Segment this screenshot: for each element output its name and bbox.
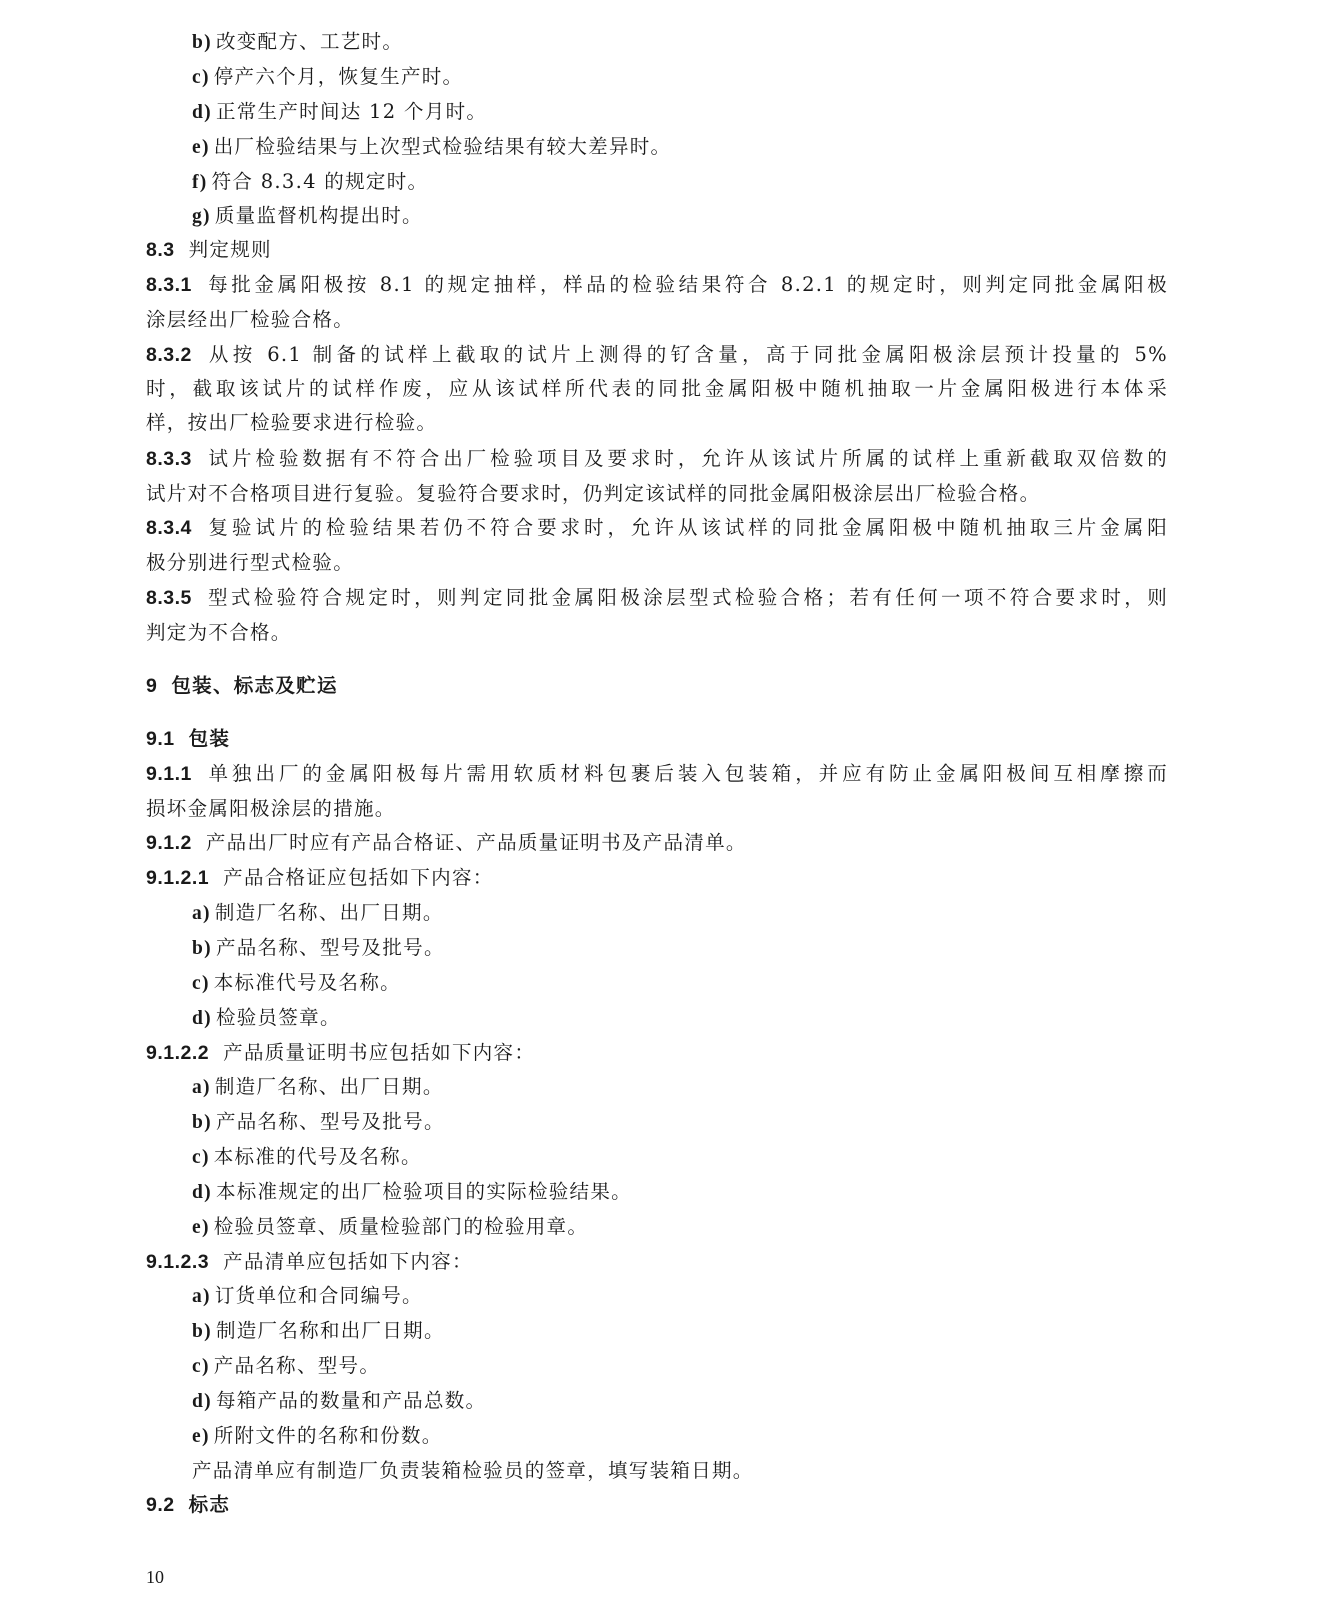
note-text: 产品清单应有制造厂负责装箱检验员的签章，填写装箱日期。 — [192, 1459, 1242, 1483]
item-label: c) — [192, 1356, 210, 1377]
clause-text: 产品合格证应包括如下内容： — [223, 866, 493, 889]
clause-9-1-1-cont: 损坏金属阳极涂层的措施。 — [146, 797, 1196, 821]
item-text: 制造厂名称和出厂日期。 — [216, 1319, 445, 1342]
clause-text: 复验试片的检验结果若仍不符合要求时，允许从该试样的同批金属阳极中随机抽取三片金属… — [206, 516, 1168, 539]
list-item: a)订货单位和合同编号。 — [192, 1284, 1242, 1309]
clause-8-3-5-cont: 判定为不合格。 — [146, 621, 1196, 645]
clause-number: 8.3.1 — [146, 274, 192, 296]
item-label: d) — [192, 1391, 212, 1412]
item-text: 检验员签章、质量检验部门的检验用章。 — [214, 1215, 588, 1238]
item-text: 制造厂名称、出厂日期。 — [215, 901, 444, 924]
clause-number: 9.1.1 — [146, 763, 192, 785]
item-text: 出厂检验结果与上次型式检验结果有较大差异时。 — [214, 135, 672, 158]
item-label: b) — [192, 32, 212, 53]
section-title: 包装 — [189, 727, 231, 750]
clause-text: 单独出厂的金属阳极每片需用软质材料包裹后装入包装箱，并应有防止金属阳极间互相摩擦… — [206, 762, 1168, 785]
item-label: d) — [192, 1008, 212, 1029]
clause-text: 每批金属阳极按 8.1 的规定抽样，样品的检验结果符合 8.2.1 的规定时，则… — [206, 273, 1168, 296]
item-text: 产品名称、型号及批号。 — [216, 936, 445, 959]
item-text: 正常生产时间达 12 个月时。 — [216, 100, 487, 123]
clause-8-3-3-cont: 试片对不合格项目进行复验。复验符合要求时，仍判定该试样的同批金属阳极涂层出厂检验… — [146, 482, 1196, 506]
item-label: a) — [192, 1286, 211, 1307]
clause-text: 涂层经出厂检验合格。 — [146, 308, 354, 331]
clause-number: 8.3.3 — [146, 448, 192, 470]
item-text: 产品名称、型号。 — [214, 1354, 380, 1377]
item-label: b) — [192, 1112, 212, 1133]
item-text: 停产六个月，恢复生产时。 — [214, 65, 464, 88]
clause-text: 判定为不合格。 — [146, 621, 292, 644]
clause-9-1-2-2: 9.1.2.2产品质量证明书应包括如下内容： — [146, 1041, 1196, 1065]
section-number: 8.3 — [146, 239, 175, 261]
item-label: c) — [192, 1147, 210, 1168]
section-title: 标志 — [189, 1493, 231, 1516]
clause-text: 试片检验数据有不符合出厂检验项目及要求时，允许从该试片所属的试样上重新截取双倍数… — [206, 447, 1168, 470]
list-item: d)每箱产品的数量和产品总数。 — [192, 1389, 1242, 1414]
clause-8-3-3: 8.3.3试片检验数据有不符合出厂检验项目及要求时，允许从该试片所属的试样上重新… — [146, 447, 1168, 471]
item-text: 符合 8.3.4 的规定时。 — [212, 170, 429, 193]
section-heading-9-1: 9.1包装 — [146, 727, 1196, 751]
list-item: a)制造厂名称、出厂日期。 — [192, 901, 1242, 926]
item-text: 本标准的代号及名称。 — [214, 1145, 422, 1168]
item-label: e) — [192, 137, 210, 158]
clause-8-3-2-cont: 时，截取该试片的试样作废，应从该试样所代表的同批金属阳极中随机抽取一片金属阳极进… — [146, 377, 1168, 401]
chapter-number: 9 — [146, 675, 157, 697]
item-label: d) — [192, 1182, 212, 1203]
clause-9-1-2-3: 9.1.2.3产品清单应包括如下内容： — [146, 1250, 1196, 1274]
clause-number: 9.1.2.2 — [146, 1042, 209, 1064]
section-number: 9.1 — [146, 728, 175, 750]
list-item: c)停产六个月，恢复生产时。 — [192, 65, 1242, 90]
item-label: a) — [192, 903, 211, 924]
clause-text: 时，截取该试片的试样作废，应从该试样所代表的同批金属阳极中随机抽取一片金属阳极进… — [146, 377, 1168, 400]
clause-number: 9.1.2.1 — [146, 867, 209, 889]
list-item: b)改变配方、工艺时。 — [192, 30, 1242, 55]
list-item: f)符合 8.3.4 的规定时。 — [192, 170, 1242, 195]
clause-text: 损坏金属阳极涂层的措施。 — [146, 797, 396, 820]
clause-number: 8.3.5 — [146, 587, 192, 609]
item-label: d) — [192, 102, 212, 123]
list-item: e)出厂检验结果与上次型式检验结果有较大差异时。 — [192, 135, 1242, 160]
list-item: d)正常生产时间达 12 个月时。 — [192, 100, 1242, 125]
list-item: a)制造厂名称、出厂日期。 — [192, 1075, 1242, 1100]
list-item: b)产品名称、型号及批号。 — [192, 936, 1242, 961]
clause-8-3-4: 8.3.4复验试片的检验结果若仍不符合要求时，允许从该试样的同批金属阳极中随机抽… — [146, 516, 1168, 540]
item-text: 每箱产品的数量和产品总数。 — [216, 1389, 486, 1412]
clause-text: 极分别进行型式检验。 — [146, 551, 354, 574]
clause-text: 从按 6.1 制备的试样上截取的试片上测得的钌含量，高于同批金属阳极涂层预计投量… — [206, 343, 1168, 366]
list-item: c)本标准的代号及名称。 — [192, 1145, 1242, 1170]
clause-9-1-2-1: 9.1.2.1产品合格证应包括如下内容： — [146, 866, 1196, 890]
clause-text: 型式检验符合规定时，则判定同批金属阳极涂层型式检验合格；若有任何一项不符合要求时… — [206, 586, 1168, 609]
clause-number: 8.3.4 — [146, 517, 192, 539]
list-item: c)本标准代号及名称。 — [192, 971, 1242, 996]
item-text: 质量监督机构提出时。 — [215, 204, 423, 227]
item-text: 订货单位和合同编号。 — [215, 1284, 423, 1307]
page-number: 10 — [146, 1567, 164, 1588]
list-item: b)制造厂名称和出厂日期。 — [192, 1319, 1242, 1344]
clause-number: 9.1.2 — [146, 832, 192, 854]
item-label: c) — [192, 973, 210, 994]
chapter-heading-9: 9包装、标志及贮运 — [146, 674, 1196, 698]
item-label: a) — [192, 1077, 211, 1098]
clause-text: 产品出厂时应有产品合格证、产品质量证明书及产品清单。 — [206, 831, 747, 854]
list-item: e)检验员签章、质量检验部门的检验用章。 — [192, 1215, 1242, 1240]
item-label: g) — [192, 206, 211, 227]
section-heading-8-3: 8.3判定规则 — [146, 238, 1196, 262]
clause-text: 产品质量证明书应包括如下内容： — [223, 1041, 535, 1064]
item-text: 本标准规定的出厂检验项目的实际检验结果。 — [216, 1180, 632, 1203]
clause-8-3-4-cont: 极分别进行型式检验。 — [146, 551, 1196, 575]
item-text: 检验员签章。 — [216, 1006, 341, 1029]
section-title: 判定规则 — [189, 238, 272, 261]
list-item: g)质量监督机构提出时。 — [192, 204, 1242, 229]
clause-8-3-1: 8.3.1每批金属阳极按 8.1 的规定抽样，样品的检验结果符合 8.2.1 的… — [146, 273, 1168, 297]
list-item: b)产品名称、型号及批号。 — [192, 1110, 1242, 1135]
list-item: e)所附文件的名称和份数。 — [192, 1424, 1242, 1449]
clause-number: 9.1.2.3 — [146, 1251, 209, 1273]
section-heading-9-2: 9.2标志 — [146, 1493, 1196, 1517]
item-label: b) — [192, 1321, 212, 1342]
clause-text: 样，按出厂检验要求进行检验。 — [146, 411, 437, 434]
clause-text: 试片对不合格项目进行复验。复验符合要求时，仍判定该试样的同批金属阳极涂层出厂检验… — [146, 482, 1040, 505]
item-label: f) — [192, 172, 208, 193]
section-number: 9.2 — [146, 1494, 175, 1516]
note-content: 产品清单应有制造厂负责装箱检验员的签章，填写装箱日期。 — [192, 1459, 754, 1482]
document-page: b)改变配方、工艺时。 c)停产六个月，恢复生产时。 d)正常生产时间达 12 … — [0, 0, 1339, 1600]
list-item: d)本标准规定的出厂检验项目的实际检验结果。 — [192, 1180, 1242, 1205]
list-item: c)产品名称、型号。 — [192, 1354, 1242, 1379]
clause-8-3-2: 8.3.2从按 6.1 制备的试样上截取的试片上测得的钌含量，高于同批金属阳极涂… — [146, 343, 1168, 367]
item-label: b) — [192, 938, 212, 959]
clause-9-1-1: 9.1.1单独出厂的金属阳极每片需用软质材料包裹后装入包装箱，并应有防止金属阳极… — [146, 762, 1168, 786]
chapter-title: 包装、标志及贮运 — [171, 674, 337, 697]
item-label: c) — [192, 67, 210, 88]
clause-8-3-5: 8.3.5型式检验符合规定时，则判定同批金属阳极涂层型式检验合格；若有任何一项不… — [146, 586, 1168, 610]
item-label: e) — [192, 1217, 210, 1238]
item-text: 改变配方、工艺时。 — [216, 30, 403, 53]
item-label: e) — [192, 1426, 210, 1447]
clause-8-3-2-cont: 样，按出厂检验要求进行检验。 — [146, 411, 1196, 435]
clause-8-3-1-cont: 涂层经出厂检验合格。 — [146, 308, 1196, 332]
clause-9-1-2: 9.1.2产品出厂时应有产品合格证、产品质量证明书及产品清单。 — [146, 831, 1196, 855]
clause-text: 产品清单应包括如下内容： — [223, 1250, 473, 1273]
list-item: d)检验员签章。 — [192, 1006, 1242, 1031]
clause-number: 8.3.2 — [146, 344, 192, 366]
item-text: 本标准代号及名称。 — [214, 971, 401, 994]
item-text: 制造厂名称、出厂日期。 — [215, 1075, 444, 1098]
item-text: 所附文件的名称和份数。 — [214, 1424, 443, 1447]
item-text: 产品名称、型号及批号。 — [216, 1110, 445, 1133]
